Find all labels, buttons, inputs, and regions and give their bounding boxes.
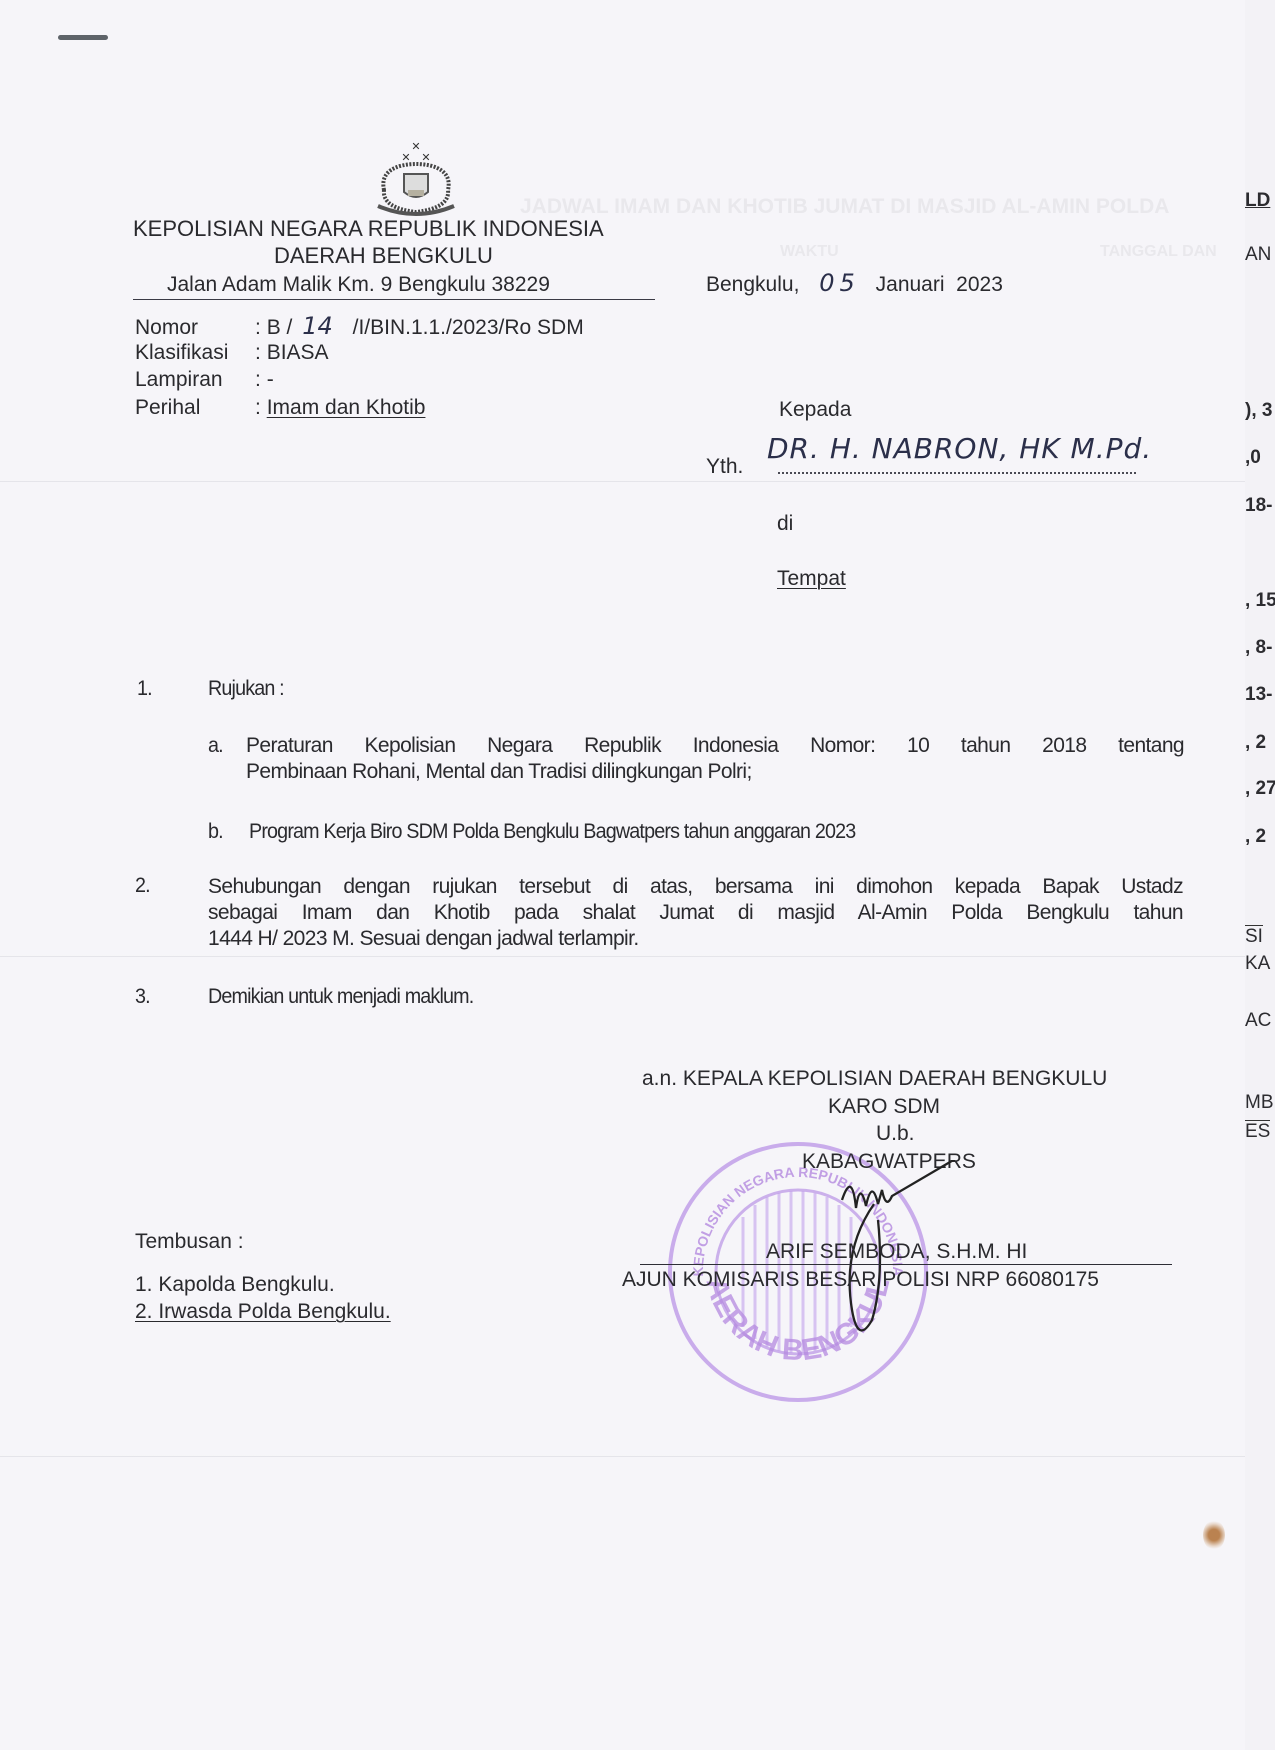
meta-perihal-value: Imam dan Khotib	[267, 396, 426, 419]
item-1-text: Rujukan :	[208, 677, 284, 701]
bleed-through-title: JADWAL IMAM DAN KHOTIB JUMAT DI MASJID A…	[520, 195, 1169, 219]
item-1b-letter: b.	[208, 820, 223, 844]
item-1b-text: Program Kerja Biro SDM Polda Bengkulu Ba…	[249, 820, 855, 844]
polri-crest-icon: ✕ ✕ ✕	[370, 140, 462, 220]
meta-sep: :	[255, 316, 261, 339]
signatory-name-text: ARIF SEMBODA, S.H.M. HI	[766, 1240, 1027, 1263]
sign-line2: KARO SDM	[828, 1095, 940, 1119]
attachment-fragment: ES	[1245, 1120, 1270, 1143]
attachment-fragment: , 2	[1245, 732, 1266, 754]
date-place: Bengkulu,	[706, 273, 799, 296]
attachment-fragment: AC	[1245, 1010, 1271, 1032]
attachment-fragment: LD	[1245, 190, 1270, 212]
org-line2: DAERAH BENGKULU	[274, 244, 493, 268]
attachment-fragment: , 27	[1245, 778, 1275, 800]
recipient-di: di	[777, 512, 793, 536]
item-2-line1: Sehubungan dengan rujukan tersebut di at…	[208, 874, 1183, 900]
attachment-fragment: AN	[1245, 244, 1271, 266]
signature-rule	[640, 1264, 1172, 1265]
item-1a-letter: a.	[208, 734, 223, 758]
org-address: Jalan Adam Malik Km. 9 Bengkulu 38229	[167, 273, 550, 297]
attachment-fragment: 18-	[1245, 495, 1272, 517]
attachment-fragment: SI	[1245, 925, 1263, 948]
recipient-name-handwritten: DR. H. NABRON, HK M.Pd.	[767, 432, 1152, 465]
item-3-text: Demikian untuk menjadi maklum.	[208, 985, 473, 1009]
meta-sep: :	[255, 368, 261, 391]
item-1a-line1: Peraturan Kepolisian Negara Republik Ind…	[246, 733, 1184, 759]
attachment-fragment: , 15	[1245, 590, 1275, 612]
paper-stain	[1203, 1520, 1225, 1550]
bleed-through-col-tanggal: TANGGAL DAN	[1100, 243, 1217, 261]
recipient-tempat: Tempat	[777, 567, 846, 591]
bleed-through-col-waktu: WAKTU	[780, 243, 839, 261]
meta-nomor-prefix: B /	[267, 316, 293, 339]
meta-value: -	[267, 368, 274, 391]
staple-mark	[58, 35, 108, 40]
meta-nomor: Nomor: B / 14 /I/BIN.1.1./2023/Ro SDM	[135, 314, 584, 340]
meta-value: BIASA	[267, 341, 329, 364]
recipient-kepada: Kepada	[779, 398, 851, 422]
meta-label: Klasifikasi	[135, 341, 255, 365]
svg-text:✕: ✕	[421, 152, 430, 164]
fold-crease	[0, 480, 1245, 482]
item-1a-text: Peraturan Kepolisian Negara Republik Ind…	[246, 733, 1184, 785]
item-1-num: 1.	[137, 677, 152, 701]
meta-label: Lampiran	[135, 368, 255, 392]
signatory-rank: AJUN KOMISARIS BESAR POLISI NRP 66080175	[622, 1268, 1099, 1292]
meta-nomor-suffix: /I/BIN.1.1./2023/Ro SDM	[353, 316, 584, 339]
meta-nomor-handwritten: 14	[302, 312, 333, 340]
signatory-name: ARIF SEMBODA, S.H.M. HI	[766, 1240, 1027, 1264]
attachment-fragment: MB	[1245, 1092, 1274, 1114]
meta-sep: :	[255, 396, 261, 419]
tembusan-item-1: 1. Kapolda Bengkulu.	[135, 1273, 335, 1297]
date-month-year: Januari 2023	[876, 273, 1003, 296]
attachment-fragment: , 8-	[1245, 637, 1272, 659]
tembusan-item-2-text: 2. Irwasda Polda Bengkulu.	[135, 1300, 391, 1323]
item-2-line3: 1444 H/ 2023 M. Sesuai dengan jadwal ter…	[208, 926, 1183, 952]
item-1a-line2: Pembinaan Rohani, Mental dan Tradisi dil…	[246, 759, 1184, 785]
letter-page: JADWAL IMAM DAN KHOTIB JUMAT DI MASJID A…	[0, 0, 1245, 1750]
meta-label: Perihal	[135, 396, 255, 420]
recipient-yth: Yth.	[706, 455, 743, 479]
fold-crease	[0, 955, 1245, 957]
item-3-num: 3.	[135, 985, 150, 1009]
meta-lampiran: Lampiran: -	[135, 368, 274, 392]
sign-line1: a.n. KEPALA KEPOLISIAN DAERAH BENGKULU	[642, 1067, 1107, 1091]
attachment-sheet-edge: LD AN ), 3 ,0 18- , 15 , 8- 13- , 2 , 27…	[1245, 0, 1275, 1750]
recipient-dotted-line	[778, 472, 1136, 474]
item-2-num: 2.	[135, 874, 150, 898]
meta-klasifikasi: Klasifikasi: BIASA	[135, 341, 329, 365]
tembusan-item-2: 2. Irwasda Polda Bengkulu.	[135, 1300, 391, 1324]
attachment-fragment: ), 3	[1245, 400, 1272, 422]
meta-label: Nomor	[135, 316, 255, 340]
svg-text:✕: ✕	[401, 152, 410, 164]
org-line1: KEPOLISIAN NEGARA REPUBLIK INDONESIA	[133, 217, 604, 241]
meta-sep: :	[255, 341, 261, 364]
attachment-fragment: ,0	[1245, 447, 1261, 469]
meta-perihal: Perihal: Imam dan Khotib	[135, 396, 425, 420]
date-day-handwritten: 05	[819, 269, 860, 297]
svg-text:✕: ✕	[411, 141, 420, 153]
sign-line3: U.b.	[876, 1122, 915, 1146]
item-2-text: Sehubungan dengan rujukan tersebut di at…	[208, 874, 1183, 952]
attachment-fragment: 13-	[1245, 684, 1272, 706]
recipient-tempat-text: Tempat	[777, 567, 846, 590]
attachment-fragment: KA	[1245, 953, 1270, 975]
letterhead-rule	[133, 299, 655, 300]
attachment-fragment: , 2	[1245, 826, 1266, 848]
tembusan-title: Tembusan :	[135, 1230, 244, 1254]
date-line: Bengkulu, 05 Januari 2023	[706, 271, 1003, 297]
fold-crease	[0, 1455, 1245, 1457]
item-2-line2: sebagai Imam dan Khotib pada shalat Juma…	[208, 900, 1183, 926]
